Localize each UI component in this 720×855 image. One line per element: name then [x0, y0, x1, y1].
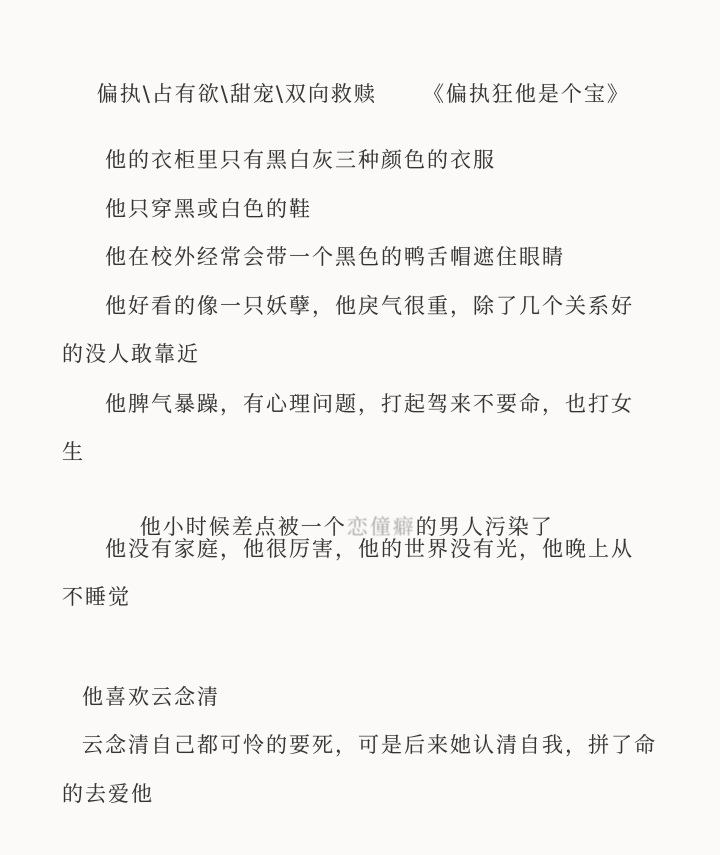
book-title: 《偏执狂他是个宝》	[423, 82, 630, 106]
tags-text: 偏执\占有欲\甜宠\双向救赎	[97, 82, 377, 106]
header-line: 偏执\占有欲\甜宠\双向救赎《偏执狂他是个宝》	[62, 54, 630, 135]
body-line-looks-cont: 的没人敢靠近	[62, 341, 200, 368]
body-line-looks: 他好看的像一只妖孽，他戾气很重，除了几个关系好	[105, 293, 634, 320]
body-line-cap: 他在校外经常会带一个黑色的鸭舌帽遮住眼睛	[105, 244, 565, 271]
body-line-family-cont: 不睡觉	[62, 584, 131, 611]
body-line-family: 他没有家庭，他很厉害，他的世界没有光，他晚上从	[105, 536, 634, 563]
body-line-temper-cont: 生	[62, 439, 85, 466]
body-line-shoes: 他只穿黑或白色的鞋	[105, 196, 312, 223]
body-line-likes: 他喜欢云念清	[82, 684, 220, 711]
body-line-heroine-cont: 的去爱他	[62, 781, 154, 808]
body-line-wardrobe: 他的衣柜里只有黑白灰三种颜色的衣服	[105, 147, 496, 174]
novel-intro-page: 偏执\占有欲\甜宠\双向救赎《偏执狂他是个宝》 他的衣柜里只有黑白灰三种颜色的衣…	[0, 0, 720, 855]
body-line-temper: 他脾气暴躁，有心理问题，打起驾来不要命，也打女	[105, 391, 634, 418]
body-line-heroine: 云念清自己都可怜的要死，可是后来她认清自我，拼了命	[82, 732, 657, 759]
